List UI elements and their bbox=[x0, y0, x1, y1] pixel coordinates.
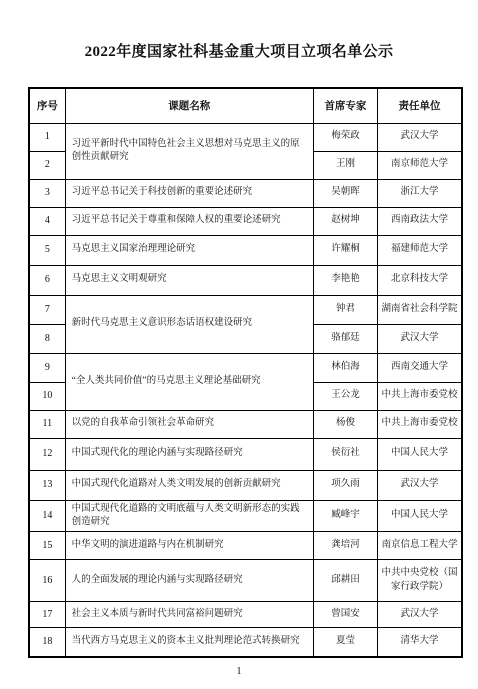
expert-cell: 钟君 bbox=[313, 295, 377, 324]
expert-cell: 侯衍社 bbox=[313, 438, 377, 470]
title-cell: 马克思主义国家治理理论研究 bbox=[65, 235, 313, 265]
serial-cell: 3 bbox=[29, 179, 65, 207]
table-row: 17 社会主义本质与新时代共同富裕问题研究 曾国安 武汉大学 bbox=[29, 602, 462, 628]
expert-cell: 梅荣政 bbox=[313, 123, 377, 151]
expert-cell: 林伯海 bbox=[313, 353, 377, 382]
header-responsible-unit: 责任单位 bbox=[378, 88, 462, 123]
expert-cell: 王刚 bbox=[313, 151, 377, 179]
serial-cell: 6 bbox=[29, 265, 65, 295]
expert-cell: 杨俊 bbox=[313, 410, 377, 438]
table-row: 15 中华文明的演进道路与内在机制研究 龚培河 南京信息工程大学 bbox=[29, 532, 462, 560]
expert-cell: 许耀桐 bbox=[313, 235, 377, 265]
unit-cell: 中国人民大学 bbox=[378, 500, 462, 532]
unit-cell: 浙江大学 bbox=[378, 179, 462, 207]
unit-cell: 武汉大学 bbox=[378, 123, 462, 151]
table-row: 5 马克思主义国家治理理论研究 许耀桐 福建师范大学 bbox=[29, 235, 462, 265]
title-cell: 当代西方马克思主义的资本主义批判理论范式转换研究 bbox=[65, 628, 313, 657]
table-row: 6 马克思主义文明观研究 李艳艳 北京科技大学 bbox=[29, 265, 462, 295]
serial-cell: 10 bbox=[29, 382, 65, 410]
title-cell: 马克思主义文明观研究 bbox=[65, 265, 313, 295]
title-cell: 中国式现代化道路的文明底蕴与人类文明新形态的实践创造研究 bbox=[65, 500, 313, 532]
title-cell: 习近平总书记关于尊重和保障人权的重要论述研究 bbox=[65, 207, 313, 235]
table-row: 16 人的全面发展的理论内涵与实现路径研究 邱耕田 中共中央党校（国家行政学院） bbox=[29, 560, 462, 602]
unit-cell: 湖南省社会科学院 bbox=[378, 295, 462, 324]
unit-cell: 南京信息工程大学 bbox=[378, 532, 462, 560]
table-row: 11 以党的自我革命引领社会革命研究 杨俊 中共上海市委党校 bbox=[29, 410, 462, 438]
title-cell: 以党的自我革命引领社会革命研究 bbox=[65, 410, 313, 438]
table-row: 4 习近平总书记关于尊重和保障人权的重要论述研究 赵树坤 西南政法大学 bbox=[29, 207, 462, 235]
unit-cell: 福建师范大学 bbox=[378, 235, 462, 265]
unit-cell: 南京师范大学 bbox=[378, 151, 462, 179]
serial-cell: 17 bbox=[29, 602, 65, 628]
unit-cell: 武汉大学 bbox=[378, 470, 462, 500]
title-cell: 习近平新时代中国特色社会主义思想对马克思主义的原创性贡献研究 bbox=[65, 123, 313, 179]
unit-cell: 中共上海市委党校 bbox=[378, 410, 462, 438]
expert-cell: 吴朝晖 bbox=[313, 179, 377, 207]
table-header-row: 序号 课题名称 首席专家 责任单位 bbox=[29, 88, 462, 123]
expert-cell: 项久雨 bbox=[313, 470, 377, 500]
expert-cell: 赵树坤 bbox=[313, 207, 377, 235]
expert-cell: 夏莹 bbox=[313, 628, 377, 657]
project-table: 序号 课题名称 首席专家 责任单位 1 习近平新时代中国特色社会主义思想对马克思… bbox=[28, 87, 463, 658]
serial-cell: 16 bbox=[29, 560, 65, 602]
page-number: 1 bbox=[0, 666, 478, 677]
unit-cell: 西南交通大学 bbox=[378, 353, 462, 382]
serial-cell: 18 bbox=[29, 628, 65, 657]
title-cell: “全人类共同价值”的马克思主义理论基础研究 bbox=[65, 353, 313, 410]
unit-cell: 西南政法大学 bbox=[378, 207, 462, 235]
table-row: 13 中国式现代化道路对人类文明发展的创新贡献研究 项久雨 武汉大学 bbox=[29, 470, 462, 500]
table-row: 18 当代西方马克思主义的资本主义批判理论范式转换研究 夏莹 清华大学 bbox=[29, 628, 462, 657]
title-cell: 中华文明的演进道路与内在机制研究 bbox=[65, 532, 313, 560]
header-project-title: 课题名称 bbox=[65, 88, 313, 123]
title-cell: 人的全面发展的理论内涵与实现路径研究 bbox=[65, 560, 313, 602]
title-cell: 习近平总书记关于科技创新的重要论述研究 bbox=[65, 179, 313, 207]
expert-cell: 王公龙 bbox=[313, 382, 377, 410]
table-row: 14 中国式现代化道路的文明底蕴与人类文明新形态的实践创造研究 臧峰宇 中国人民… bbox=[29, 500, 462, 532]
serial-cell: 12 bbox=[29, 438, 65, 470]
table-row: 3 习近平总书记关于科技创新的重要论述研究 吴朝晖 浙江大学 bbox=[29, 179, 462, 207]
table-row: 9 “全人类共同价值”的马克思主义理论基础研究 林伯海 西南交通大学 bbox=[29, 353, 462, 382]
expert-cell: 龚培河 bbox=[313, 532, 377, 560]
document-page: 2022年度国家社科基金重大项目立项名单公示 序号 课题名称 首席专家 责任单位… bbox=[0, 0, 478, 677]
table-row: 1 习近平新时代中国特色社会主义思想对马克思主义的原创性贡献研究 梅荣政 武汉大… bbox=[29, 123, 462, 151]
serial-cell: 4 bbox=[29, 207, 65, 235]
serial-cell: 2 bbox=[29, 151, 65, 179]
serial-cell: 5 bbox=[29, 235, 65, 265]
serial-cell: 1 bbox=[29, 123, 65, 151]
expert-cell: 邱耕田 bbox=[313, 560, 377, 602]
expert-cell: 曾国安 bbox=[313, 602, 377, 628]
unit-cell: 中国人民大学 bbox=[378, 438, 462, 470]
expert-cell: 骆郁廷 bbox=[313, 324, 377, 353]
serial-cell: 11 bbox=[29, 410, 65, 438]
unit-cell: 武汉大学 bbox=[378, 324, 462, 353]
unit-cell: 清华大学 bbox=[378, 628, 462, 657]
expert-cell: 李艳艳 bbox=[313, 265, 377, 295]
serial-cell: 15 bbox=[29, 532, 65, 560]
title-cell: 社会主义本质与新时代共同富裕问题研究 bbox=[65, 602, 313, 628]
table-row: 12 中国式现代化的理论内涵与实现路径研究 侯衍社 中国人民大学 bbox=[29, 438, 462, 470]
serial-cell: 14 bbox=[29, 500, 65, 532]
serial-cell: 13 bbox=[29, 470, 65, 500]
expert-cell: 臧峰宇 bbox=[313, 500, 377, 532]
header-chief-expert: 首席专家 bbox=[313, 88, 377, 123]
title-cell: 中国式现代化道路对人类文明发展的创新贡献研究 bbox=[65, 470, 313, 500]
page-title: 2022年度国家社科基金重大项目立项名单公示 bbox=[0, 0, 478, 62]
serial-cell: 9 bbox=[29, 353, 65, 382]
unit-cell: 北京科技大学 bbox=[378, 265, 462, 295]
unit-cell: 中共中央党校（国家行政学院） bbox=[378, 560, 462, 602]
title-cell: 新时代马克思主义意识形态话语权建设研究 bbox=[65, 295, 313, 353]
serial-cell: 8 bbox=[29, 324, 65, 353]
unit-cell: 武汉大学 bbox=[378, 602, 462, 628]
serial-cell: 7 bbox=[29, 295, 65, 324]
title-cell: 中国式现代化的理论内涵与实现路径研究 bbox=[65, 438, 313, 470]
header-serial: 序号 bbox=[29, 88, 65, 123]
table-row: 7 新时代马克思主义意识形态话语权建设研究 钟君 湖南省社会科学院 bbox=[29, 295, 462, 324]
unit-cell: 中共上海市委党校 bbox=[378, 382, 462, 410]
